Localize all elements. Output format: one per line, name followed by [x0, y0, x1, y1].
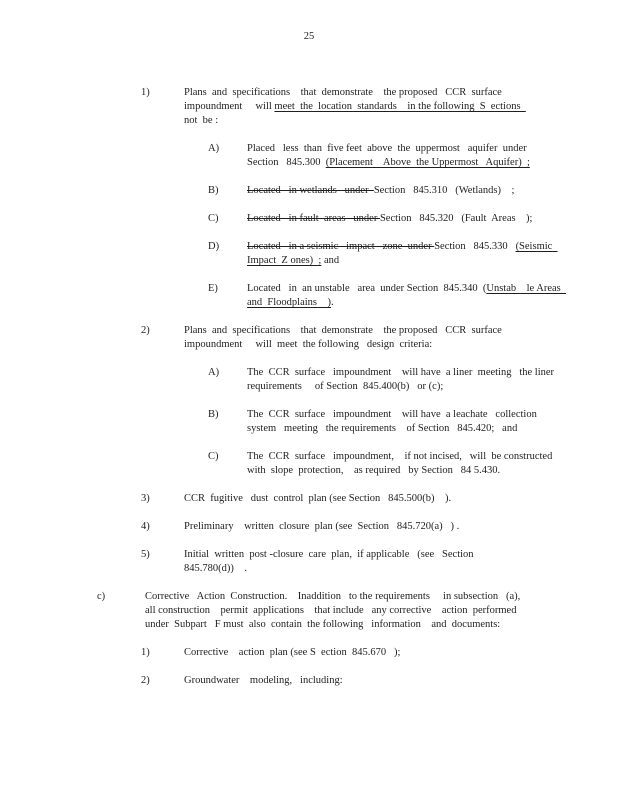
doc-line: Placed less than five feet above the upp…: [247, 142, 618, 156]
item-label: A): [208, 366, 219, 380]
item-label: 1): [141, 646, 150, 660]
doc-item: 4)Preliminary written closure plan (see …: [0, 520, 618, 534]
underlined-segment: meet the location standards in the follo…: [274, 101, 525, 112]
text-segment: Groundwater modeling, including:: [184, 675, 343, 686]
doc-item: 2)Groundwater modeling, including:: [0, 674, 618, 688]
text-segment: Located in an unstable area under Sectio…: [247, 283, 486, 294]
item-label: 5): [141, 548, 150, 562]
text-segment: The CCR surface impoundment will have a …: [247, 367, 554, 378]
strikethrough-segment: Located in wetlands under: [247, 185, 374, 196]
doc-line: The CCR surface impoundment will have a …: [247, 408, 618, 422]
doc-item: 2)Plans and specifications that demonstr…: [0, 324, 618, 352]
doc-line: and Floodplains ).: [247, 296, 618, 310]
item-label: c): [97, 590, 105, 604]
doc-item: B)Located in wetlands under Section 845.…: [0, 184, 618, 198]
doc-item: E)Located in an unstable area under Sect…: [0, 282, 618, 310]
doc-line: Plans and specifications that demonstrat…: [184, 86, 618, 100]
document-page: 25 1)Plans and specifications that demon…: [0, 0, 618, 800]
doc-line: Section 845.300 (Placement Above the Upp…: [247, 156, 618, 170]
text-segment: Plans and specifications that demonstrat…: [184, 325, 502, 336]
underlined-segment: (Seismic: [516, 241, 558, 252]
text-segment: .: [331, 297, 334, 308]
text-segment: system meeting the requirements of Secti…: [247, 423, 517, 434]
text-segment: Initial written post -closure care plan,…: [184, 549, 474, 560]
item-label: C): [208, 450, 219, 464]
item-label: B): [208, 408, 219, 422]
text-segment: impoundment will: [184, 101, 274, 112]
text-segment: 845.780(d)) .: [184, 563, 247, 574]
text-segment: impoundment will meet the following desi…: [184, 339, 432, 350]
doc-item: A)Placed less than five feet above the u…: [0, 142, 618, 170]
text-segment: Plans and specifications that demonstrat…: [184, 87, 502, 98]
text-segment: CCR fugitive dust control plan (see Sect…: [184, 493, 451, 504]
doc-line: Preliminary written closure plan (see Se…: [184, 520, 618, 534]
strikethrough-segment: Located in a seismic impact zone under: [247, 241, 434, 252]
text-segment: Section 845.320 (Fault Areas );: [380, 213, 533, 224]
item-label: C): [208, 212, 219, 226]
strikethrough-segment: Located in fault areas under: [247, 213, 380, 224]
item-label: D): [208, 240, 219, 254]
item-label: 2): [141, 674, 150, 688]
text-segment: with slope protection, as required by Se…: [247, 465, 500, 476]
text-segment: Section 845.310 (Wetlands) ;: [374, 185, 515, 196]
page-number: 25: [0, 30, 618, 44]
doc-line: The CCR surface impoundment will have a …: [247, 366, 618, 380]
item-label: 1): [141, 86, 150, 100]
doc-line: all construction permit applications tha…: [145, 604, 618, 618]
text-segment: Corrective action plan (see S ection 845…: [184, 647, 400, 658]
doc-item: C)Located in fault areas under Section 8…: [0, 212, 618, 226]
text-segment: not be :: [184, 115, 218, 126]
doc-line: Initial written post -closure care plan,…: [184, 548, 618, 562]
doc-line: CCR fugitive dust control plan (see Sect…: [184, 492, 618, 506]
underlined-segment: and Floodplains ): [247, 297, 331, 308]
doc-item: B)The CCR surface impoundment will have …: [0, 408, 618, 436]
doc-line: requirements of Section 845.400(b) or (c…: [247, 380, 618, 394]
doc-line: with slope protection, as required by Se…: [247, 464, 618, 478]
text-segment: and: [321, 255, 339, 266]
text-segment: Section 845.330: [434, 241, 515, 252]
doc-item: D)Located in a seismic impact zone under…: [0, 240, 618, 268]
doc-line: Impact Z ones) ; and: [247, 254, 618, 268]
doc-item: 1)Plans and specifications that demonstr…: [0, 86, 618, 128]
doc-line: system meeting the requirements of Secti…: [247, 422, 618, 436]
doc-line: Groundwater modeling, including:: [184, 674, 618, 688]
underlined-segment: (Placement Above the Uppermost Aquifer) …: [326, 157, 530, 168]
text-segment: The CCR surface impoundment will have a …: [247, 409, 537, 420]
text-segment: all construction permit applications tha…: [145, 605, 516, 616]
item-label: 2): [141, 324, 150, 338]
text-segment: Preliminary written closure plan (see Se…: [184, 521, 459, 532]
text-segment: The CCR surface impoundment, if not inci…: [247, 451, 552, 462]
doc-item: C)The CCR surface impoundment, if not in…: [0, 450, 618, 478]
doc-line: Plans and specifications that demonstrat…: [184, 324, 618, 338]
item-label: 4): [141, 520, 150, 534]
doc-line: Corrective Action Construction. Inadditi…: [145, 590, 618, 604]
doc-item: c)Corrective Action Construction. Inaddi…: [0, 590, 618, 632]
text-segment: Section 845.300: [247, 157, 326, 168]
doc-line: The CCR surface impoundment, if not inci…: [247, 450, 618, 464]
text-segment: requirements of Section 845.400(b) or (c…: [247, 381, 443, 392]
item-label: B): [208, 184, 219, 198]
text-segment: under Subpart F must also contain the fo…: [145, 619, 500, 630]
doc-item: A)The CCR surface impoundment will have …: [0, 366, 618, 394]
doc-item: 3)CCR fugitive dust control plan (see Se…: [0, 492, 618, 506]
doc-item: 5)Initial written post -closure care pla…: [0, 548, 618, 576]
doc-line: 845.780(d)) .: [184, 562, 618, 576]
doc-line: Located in wetlands under Section 845.31…: [247, 184, 618, 198]
doc-line: Located in an unstable area under Sectio…: [247, 282, 618, 296]
doc-line: impoundment will meet the location stand…: [184, 100, 618, 114]
underlined-segment: Unstab le Areas: [486, 283, 566, 294]
underlined-segment: Impact Z ones) ;: [247, 255, 321, 266]
document-body: 1)Plans and specifications that demonstr…: [0, 86, 618, 688]
doc-line: impoundment will meet the following desi…: [184, 338, 618, 352]
doc-line: Located in fault areas under Section 845…: [247, 212, 618, 226]
item-label: 3): [141, 492, 150, 506]
item-label: E): [208, 282, 218, 296]
doc-line: not be :: [184, 114, 618, 128]
doc-line: Located in a seismic impact zone under S…: [247, 240, 618, 254]
doc-line: under Subpart F must also contain the fo…: [145, 618, 618, 632]
doc-item: 1)Corrective action plan (see S ection 8…: [0, 646, 618, 660]
item-label: A): [208, 142, 219, 156]
doc-line: Corrective action plan (see S ection 845…: [184, 646, 618, 660]
text-segment: Corrective Action Construction. Inadditi…: [145, 591, 520, 602]
text-segment: Placed less than five feet above the upp…: [247, 143, 527, 154]
